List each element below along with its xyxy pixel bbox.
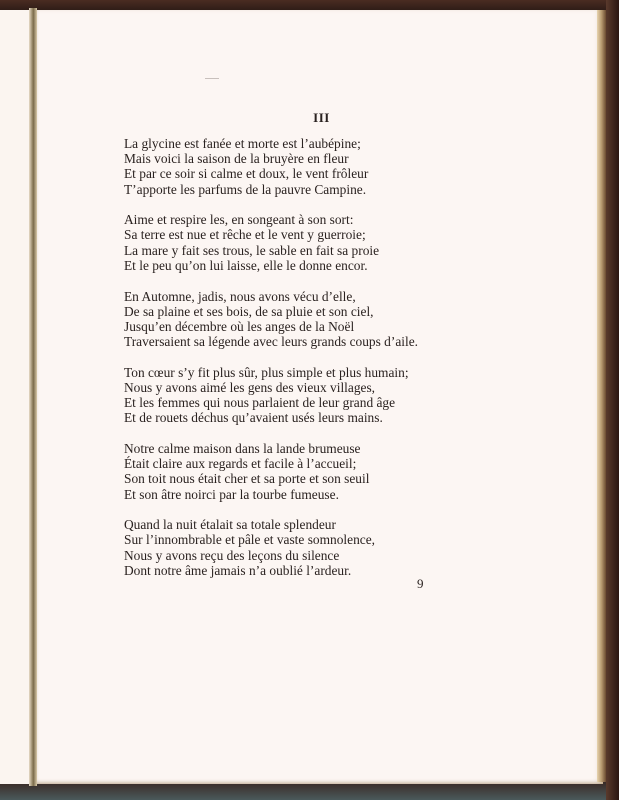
verse-line: La glycine est fanée et morte est l’aubé…: [124, 136, 418, 151]
paper-mark: [205, 78, 219, 79]
stanza: Quand la nuit étalait sa totale splendeu…: [124, 517, 418, 578]
verse-line: Son toit nous était cher et sa porte et …: [124, 471, 418, 486]
stanza: En Automne, jadis, nous avons vécu d’ell…: [124, 289, 418, 350]
verse-line: La mare y fait ses trous, le sable en fa…: [124, 243, 418, 258]
stanza: Aime et respire les, en songeant à son s…: [124, 212, 418, 273]
poem: La glycine est fanée et morte est l’aubé…: [124, 136, 418, 594]
verse-line: Nous y avons reçu des leçons du silence: [124, 548, 418, 563]
verse-line: Était claire aux regards et facile à l’a…: [124, 456, 418, 471]
verse-line: Dont notre âme jamais n’a oublié l’ardeu…: [124, 563, 418, 578]
stanza: Ton cœur s’y fit plus sûr, plus simple e…: [124, 365, 418, 426]
verse-line: Et les femmes qui nous parlaient de leur…: [124, 395, 418, 410]
verse-line: Nous y avons aimé les gens des vieux vil…: [124, 380, 418, 395]
verse-line: Sa terre est nue et rêche et le vent y g…: [124, 227, 418, 242]
section-number: III: [0, 110, 619, 126]
verse-line: Notre calme maison dans la lande brumeus…: [124, 441, 418, 456]
verse-line: Sur l’innombrable et pâle et vaste somno…: [124, 532, 418, 547]
verse-line: Et de rouets déchus qu’avaient usés leur…: [124, 410, 418, 425]
page-number: 9: [417, 576, 424, 592]
verse-line: Ton cœur s’y fit plus sûr, plus simple e…: [124, 365, 418, 380]
verse-line: Traversaient sa légende avec leurs grand…: [124, 334, 418, 349]
stanza: La glycine est fanée et morte est l’aubé…: [124, 136, 418, 197]
facing-page-edge: [0, 10, 30, 784]
verse-line: Et par ce soir si calme et doux, le vent…: [124, 166, 418, 181]
verse-line: Jusqu’en décembre où les anges de la Noë…: [124, 319, 418, 334]
verse-line: Aime et respire les, en songeant à son s…: [124, 212, 418, 227]
verse-line: Et son âtre noirci par la tourbe fumeuse…: [124, 487, 418, 502]
verse-line: De sa plaine et ses bois, de sa pluie et…: [124, 304, 418, 319]
verse-line: En Automne, jadis, nous avons vécu d’ell…: [124, 289, 418, 304]
verse-line: Quand la nuit étalait sa totale splendeu…: [124, 517, 418, 532]
verse-line: T’apporte les parfums de la pauvre Campi…: [124, 182, 418, 197]
verse-line: Mais voici la saison de la bruyère en fl…: [124, 151, 418, 166]
book-cover-bottom: [0, 782, 619, 800]
stanza: Notre calme maison dans la lande brumeus…: [124, 441, 418, 502]
verse-line: Et le peu qu’on lui laisse, elle le donn…: [124, 258, 418, 273]
